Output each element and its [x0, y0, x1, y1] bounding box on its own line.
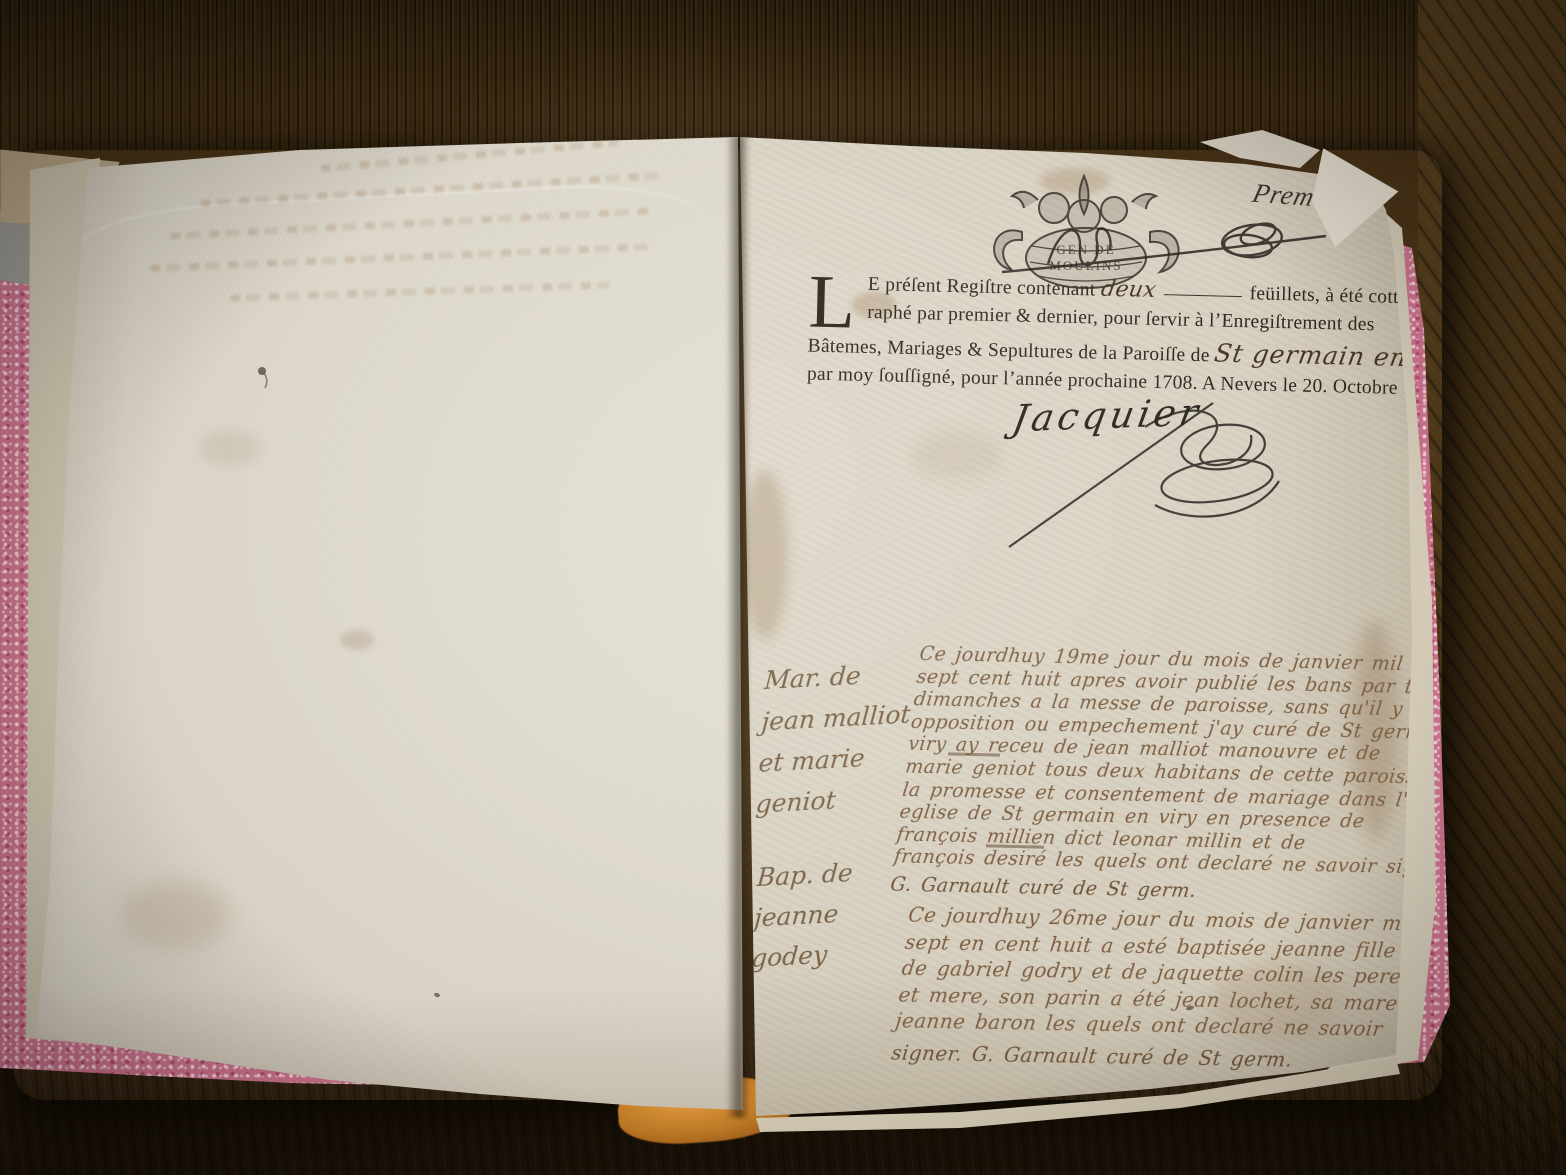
ink-speck [433, 992, 440, 998]
signature-paraph-flourish [995, 385, 1335, 560]
wooden-table-grain-top [0, 0, 1566, 150]
book-gutter-fold-shadow [726, 136, 750, 1118]
margin-note-line: godey [750, 930, 923, 979]
handwritten-entry-marriage: Ce jourdhuy 19me jour du mois de janvier… [889, 643, 1426, 906]
paper-crease-line [68, 178, 712, 301]
ink-blot [256, 366, 274, 392]
paper-stain [200, 430, 260, 466]
drop-cap-L: L [808, 273, 856, 330]
printed-register-notice: L E préſent Regiſtre contenant deuxfeüil… [807, 268, 1426, 402]
handwritten-entry-baptism: Ce jourdhuy 26me jour du mois de janvier… [890, 902, 1425, 1075]
notice-line1-print-a: E préſent Regiſtre contenant [868, 274, 1096, 301]
blank-underline [1164, 276, 1242, 297]
photo-open-parish-register: GEN DE MOULINS Premier L E préſent Regiſ… [0, 0, 1566, 1175]
paper-stain [340, 630, 374, 650]
paper-stain [120, 880, 230, 950]
paper-stain [912, 430, 1002, 480]
notice-line1-handwritten-deux: deux [1098, 276, 1157, 305]
entry-curate-signature-line: G. Garnault curé de St germ. [889, 873, 1397, 906]
